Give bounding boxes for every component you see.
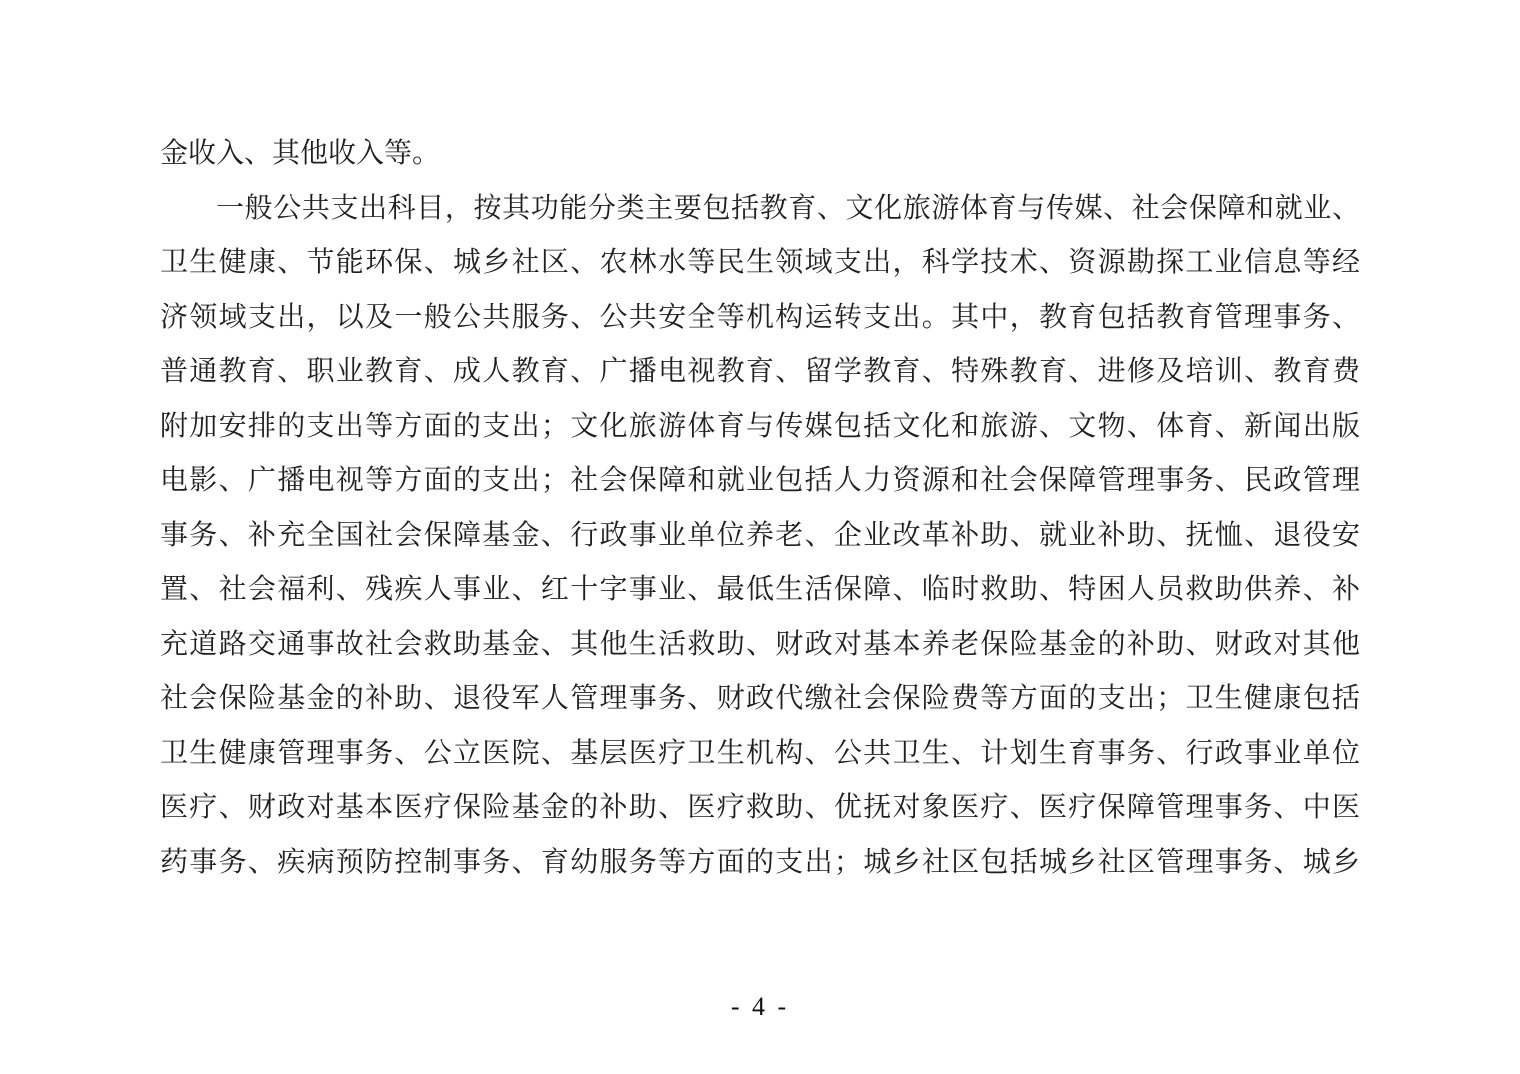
text-line: 一般公共支出科目，按其功能分类主要包括教育、文化旅游体育与传媒、社会保障和就业、	[160, 182, 1360, 237]
text-line: 社会保险基金的补助、退役军人管理事务、财政代缴社会保险费等方面的支出；卫生健康包…	[160, 672, 1360, 727]
text-line: 普通教育、职业教育、成人教育、广播电视教育、留学教育、特殊教育、进修及培训、教育…	[160, 345, 1360, 400]
document-body: 金收入、其他收入等。一般公共支出科目，按其功能分类主要包括教育、文化旅游体育与传…	[160, 127, 1360, 890]
text-line: 置、社会福利、残疾人事业、红十字事业、最低生活保障、临时救助、特困人员救助供养、…	[160, 563, 1360, 618]
page-number: - 4 -	[0, 992, 1520, 1022]
text-line: 金收入、其他收入等。	[160, 127, 1360, 182]
text-line: 附加安排的支出等方面的支出；文化旅游体育与传媒包括文化和旅游、文物、体育、新闻出…	[160, 400, 1360, 455]
document-page: 金收入、其他收入等。一般公共支出科目，按其功能分类主要包括教育、文化旅游体育与传…	[0, 0, 1520, 1074]
text-line: 卫生健康管理事务、公立医院、基层医疗卫生机构、公共卫生、计划生育事务、行政事业单…	[160, 727, 1360, 782]
text-line: 充道路交通事故社会救助基金、其他生活救助、财政对基本养老保险基金的补助、财政对其…	[160, 618, 1360, 673]
text-line: 济领域支出，以及一般公共服务、公共安全等机构运转支出。其中，教育包括教育管理事务…	[160, 291, 1360, 346]
text-line: 事务、补充全国社会保障基金、行政事业单位养老、企业改革补助、就业补助、抚恤、退役…	[160, 509, 1360, 564]
text-line: 卫生健康、节能环保、城乡社区、农林水等民生领域支出，科学技术、资源勘探工业信息等…	[160, 236, 1360, 291]
text-line: 药事务、疾病预防控制事务、育幼服务等方面的支出；城乡社区包括城乡社区管理事务、城…	[160, 836, 1360, 891]
text-line: 电影、广播电视等方面的支出；社会保障和就业包括人力资源和社会保障管理事务、民政管…	[160, 454, 1360, 509]
text-line: 医疗、财政对基本医疗保险基金的补助、医疗救助、优抚对象医疗、医疗保障管理事务、中…	[160, 781, 1360, 836]
